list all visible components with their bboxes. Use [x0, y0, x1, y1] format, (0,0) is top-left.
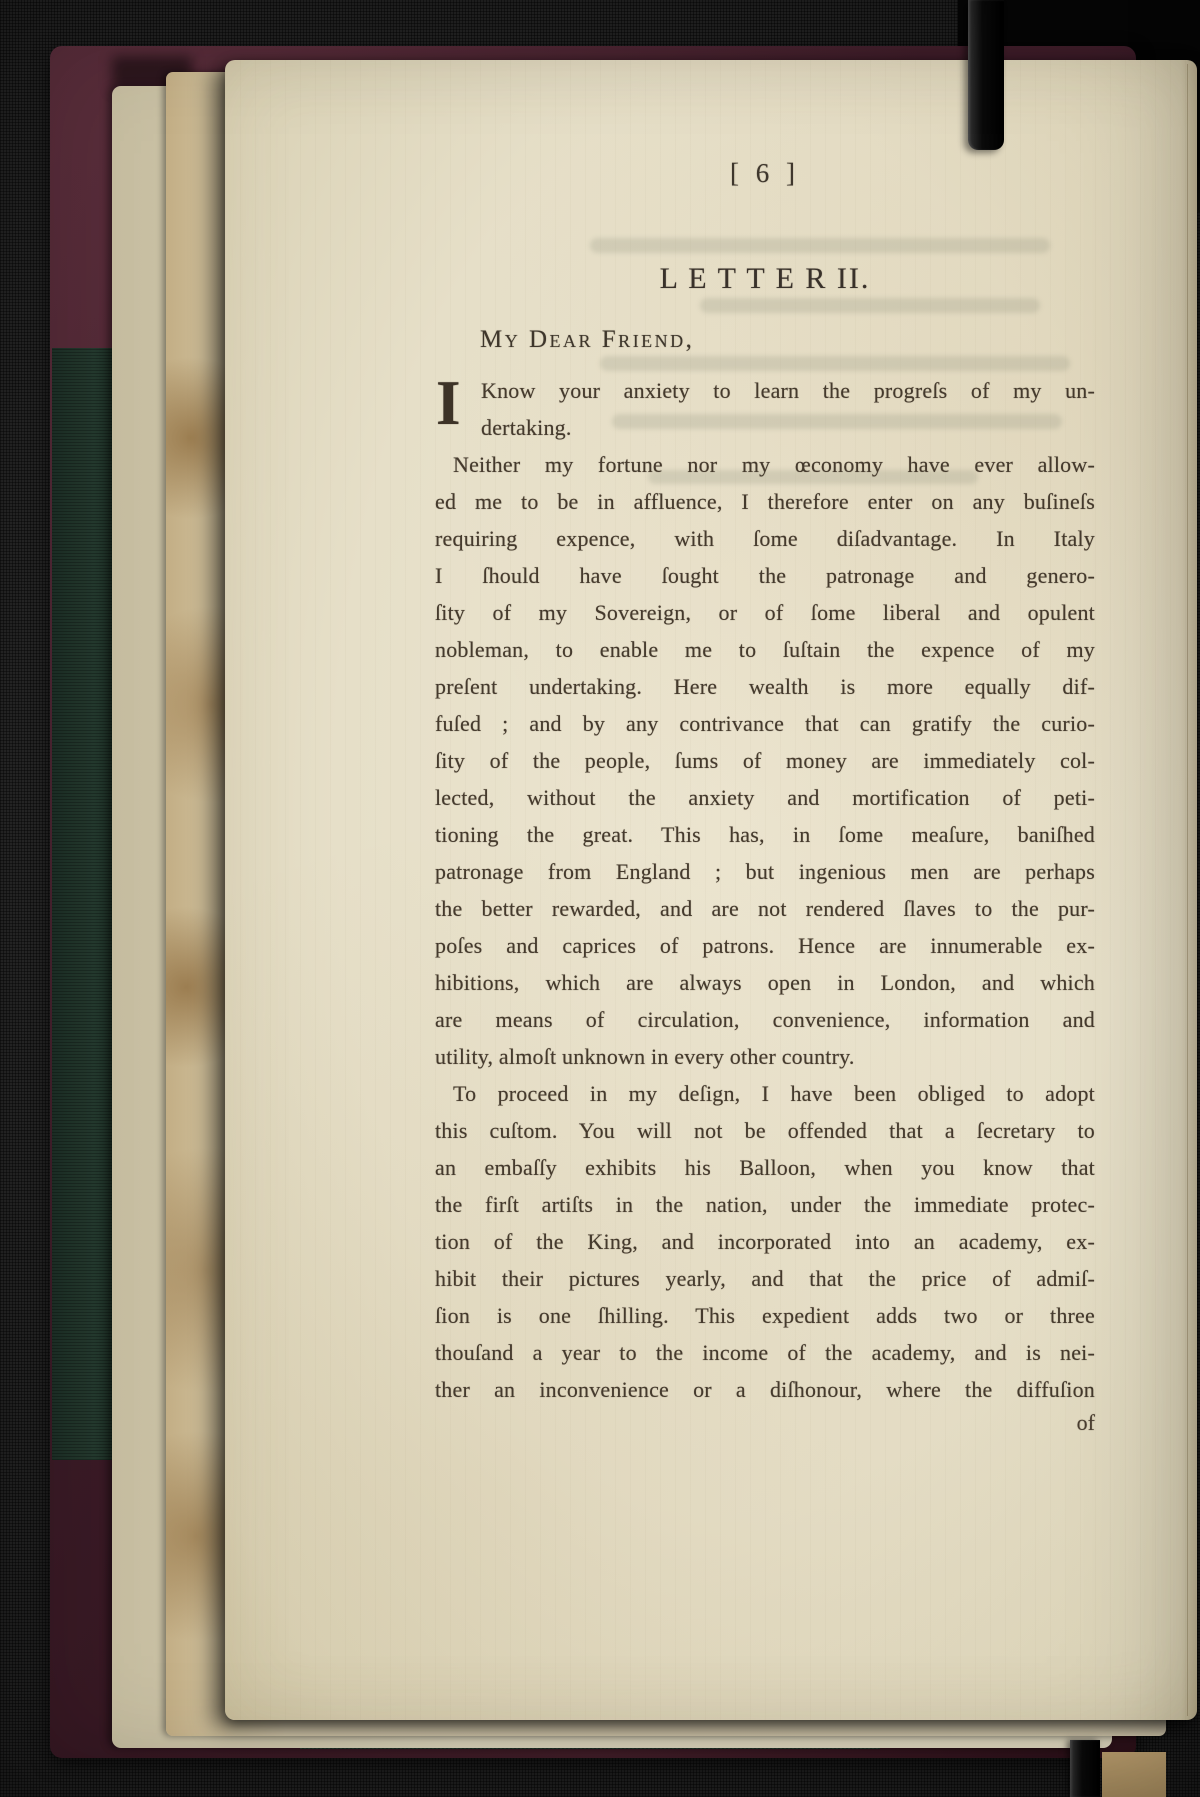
drop-cap: I: [436, 372, 461, 435]
text-line: ſity of the people, ſums of money are im…: [435, 742, 1095, 779]
page-number: [ 6 ]: [435, 158, 1095, 189]
text-line: patronage from England ; but ingenious m…: [435, 853, 1095, 890]
book-strap-top: [968, 0, 1004, 150]
text-line: utility, almoſt unknown in every other c…: [435, 1038, 1095, 1075]
text-line: hibitions, which are always open in Lond…: [435, 964, 1095, 1001]
bleed-through-text: [700, 298, 1040, 313]
background-object: [1102, 1752, 1166, 1797]
text-line: requiring expence, with ſome diſadvantag…: [435, 520, 1095, 557]
paragraph: To proceed in my deſign, I have been obl…: [435, 1075, 1095, 1408]
letter-body: IKnow your anxiety to learn the progreſs…: [435, 372, 1095, 1408]
text-line: dertaking.: [481, 409, 1095, 446]
text-line: Know your anxiety to learn the progreſs …: [481, 372, 1095, 409]
text-line: I ſhould have ſought the patronage and g…: [435, 557, 1095, 594]
text-line: are means of circulation, convenience, i…: [435, 1001, 1095, 1038]
book-strap-bottom: [1070, 1740, 1100, 1797]
salutation: My Dear Friend,: [480, 326, 694, 354]
text-line: ſity of my Sovereign, or of ſome liberal…: [435, 594, 1095, 631]
text-line: poſes and caprices of patrons. Hence are…: [435, 927, 1095, 964]
text-line: ther an inconvenience or a diſhonour, wh…: [435, 1371, 1095, 1408]
text-line: To proceed in my deſign, I have been obl…: [435, 1075, 1095, 1112]
paragraph: Neither my fortune nor my œconomy have e…: [435, 446, 1095, 1075]
text-line: this cuſtom. You will not be offended th…: [435, 1112, 1095, 1149]
text-line: the firſt artiſts in the nation, under t…: [435, 1186, 1095, 1223]
text-line: the better rewarded, and are not rendere…: [435, 890, 1095, 927]
text-line: lected, without the anxiety and mortific…: [435, 779, 1095, 816]
letter-heading: L E T T E R II.: [405, 262, 1125, 296]
book-page: [ 6 ] L E T T E R II. My Dear Friend, IK…: [225, 60, 1197, 1720]
text-line: ed me to be in affluence, I therefore en…: [435, 483, 1095, 520]
bleed-through-text: [590, 238, 1050, 253]
text-line: nobleman, to enable me to ſuſtain the ex…: [435, 631, 1095, 668]
catchword: of: [1077, 1410, 1095, 1435]
text-line: fuſed ; and by any contrivance that can …: [435, 705, 1095, 742]
text-line: an embaſſy exhibits his Balloon, when yo…: [435, 1149, 1095, 1186]
text-line: tion of the King, and incorporated into …: [435, 1223, 1095, 1260]
text-line: Neither my fortune nor my œconomy have e…: [435, 446, 1095, 483]
catchword-row: of: [435, 1410, 1095, 1436]
photo-background: [ 6 ] L E T T E R II. My Dear Friend, IK…: [0, 0, 1200, 1797]
text-line: thouſand a year to the income of the aca…: [435, 1334, 1095, 1371]
bleed-through-text: [600, 356, 1070, 371]
paragraph: IKnow your anxiety to learn the progreſs…: [435, 372, 1095, 446]
text-line: hibit their pictures yearly, and that th…: [435, 1260, 1095, 1297]
text-line: preſent undertaking. Here wealth is more…: [435, 668, 1095, 705]
text-line: ſion is one ſhilling. This expedient add…: [435, 1297, 1095, 1334]
text-line: tioning the great. This has, in ſome mea…: [435, 816, 1095, 853]
